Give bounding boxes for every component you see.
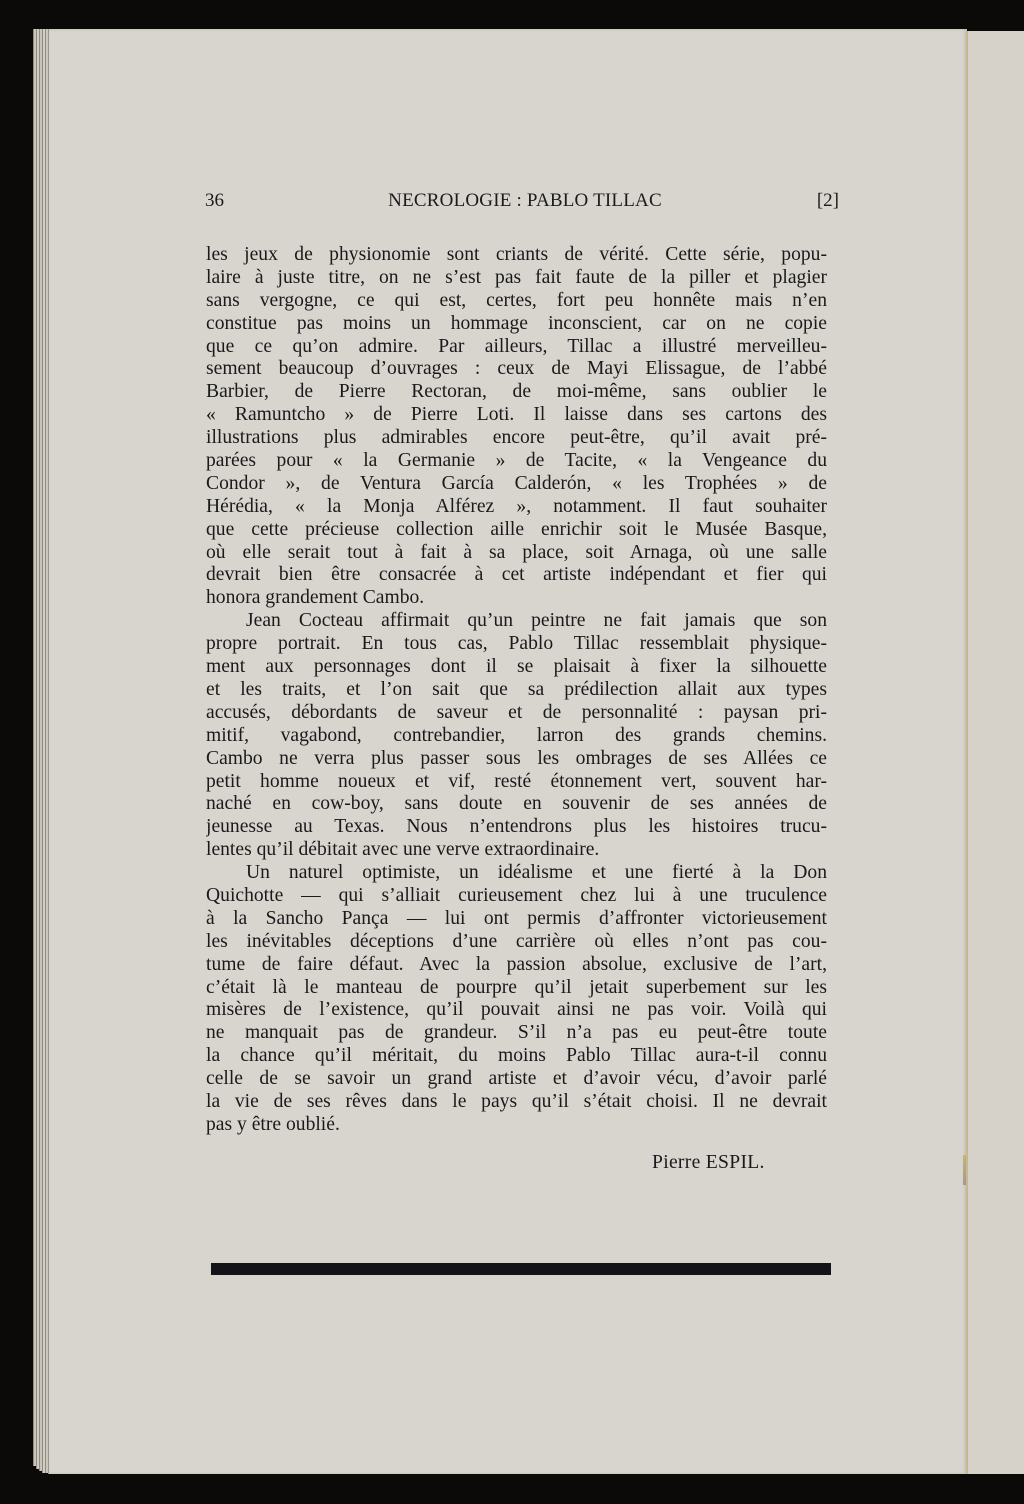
text-line: misères de l’existence, qu’il pouvait ai… — [206, 999, 827, 1022]
text-line: où elle serait tout à fait à sa place, s… — [206, 542, 827, 565]
gutter-mark — [963, 1155, 966, 1185]
text-line: petit homme noueux et vif, resté étonnem… — [206, 771, 827, 794]
text-line: lentes qu’il débitait avec une verve ext… — [206, 839, 827, 862]
text-line: les inévitables déceptions d’une carrièr… — [206, 931, 827, 954]
text-line: naché en cow-boy, sans doute en souvenir… — [206, 793, 827, 816]
text-line: mitif, vagabond, contrebandier, larron d… — [206, 725, 827, 748]
author-signature: Pierre ESPIL. — [652, 1152, 765, 1174]
facing-page-edge — [966, 31, 1024, 1474]
text-line: Jean Cocteau affirmait qu’un peintre ne … — [206, 610, 827, 633]
text-line: que ce qu’on admire. Par ailleurs, Tilla… — [206, 336, 827, 359]
text-line: celle de se savoir un grand artiste et d… — [206, 1068, 827, 1091]
text-line: la chance qu’il méritait, du moins Pablo… — [206, 1045, 827, 1068]
text-line: les jeux de physionomie sont criants de … — [206, 244, 827, 267]
text-line: jeunesse au Texas. Nous n’entendrons plu… — [206, 816, 827, 839]
text-line: c’était là le manteau de pourpre qu’il j… — [206, 977, 827, 1000]
text-line: à la Sancho Pança — lui ont permis d’aff… — [206, 908, 827, 931]
scanned-book-spread: 36 NECROLOGIE : PABLO TILLAC [2] les jeu… — [0, 0, 1024, 1504]
text-line: propre portrait. En tous cas, Pablo Till… — [206, 633, 827, 656]
paragraph: Jean Cocteau affirmait qu’un peintre ne … — [206, 610, 827, 862]
text-line: Barbier, de Pierre Rectoran, de moi-même… — [206, 381, 827, 404]
text-line: sement beaucoup d’ouvrages : ceux de May… — [206, 358, 827, 381]
text-line: ment aux personnages dont il se plaisait… — [206, 656, 827, 679]
text-line: illustrations plus admirables encore peu… — [206, 427, 827, 450]
text-line: et les traits, et l’on sait que sa prédi… — [206, 679, 827, 702]
text-line: pas y être oublié. — [206, 1114, 827, 1137]
text-line: que cette précieuse collection aille enr… — [206, 519, 827, 542]
running-title: NECROLOGIE : PABLO TILLAC — [205, 190, 845, 212]
text-line: « Ramuntcho » de Pierre Loti. Il laisse … — [206, 404, 827, 427]
text-line: devrait bien être consacrée à cet artist… — [206, 564, 827, 587]
text-line: Condor », de Ventura García Calderón, « … — [206, 473, 827, 496]
paragraph: les jeux de physionomie sont criants de … — [206, 244, 827, 610]
text-line: la vie de ses rêves dans le pays qu’il s… — [206, 1091, 827, 1114]
text-line: parées pour « la Germanie » de Tacite, «… — [206, 450, 827, 473]
text-line: accusés, débordants de saveur et de pers… — [206, 702, 827, 725]
text-line: laire à juste titre, on ne s’est pas fai… — [206, 267, 827, 290]
text-line: Hérédia, « la Monja Alférez », notamment… — [206, 496, 827, 519]
text-line: ne manquait pas de grandeur. S’il n’a pa… — [206, 1022, 827, 1045]
text-line: Quichotte — qui s’alliait curieusement c… — [206, 885, 827, 908]
text-line: tume de faire défaut. Avec la passion ab… — [206, 954, 827, 977]
text-line: sans vergogne, ce qui est, certes, fort … — [206, 290, 827, 313]
text-line: Cambo ne verra plus passer sous les ombr… — [206, 748, 827, 771]
end-rule — [211, 1263, 831, 1275]
paragraph: Un naturel optimiste, un idéalisme et un… — [206, 862, 827, 1137]
text-line: Un naturel optimiste, un idéalisme et un… — [206, 862, 827, 885]
running-header: 36 NECROLOGIE : PABLO TILLAC [2] — [205, 190, 845, 216]
section-number: [2] — [817, 190, 839, 212]
text-line: constitue pas moins un hommage inconscie… — [206, 313, 827, 336]
article-body: les jeux de physionomie sont criants de … — [206, 244, 827, 1137]
text-line: honora grandement Cambo. — [206, 587, 827, 610]
